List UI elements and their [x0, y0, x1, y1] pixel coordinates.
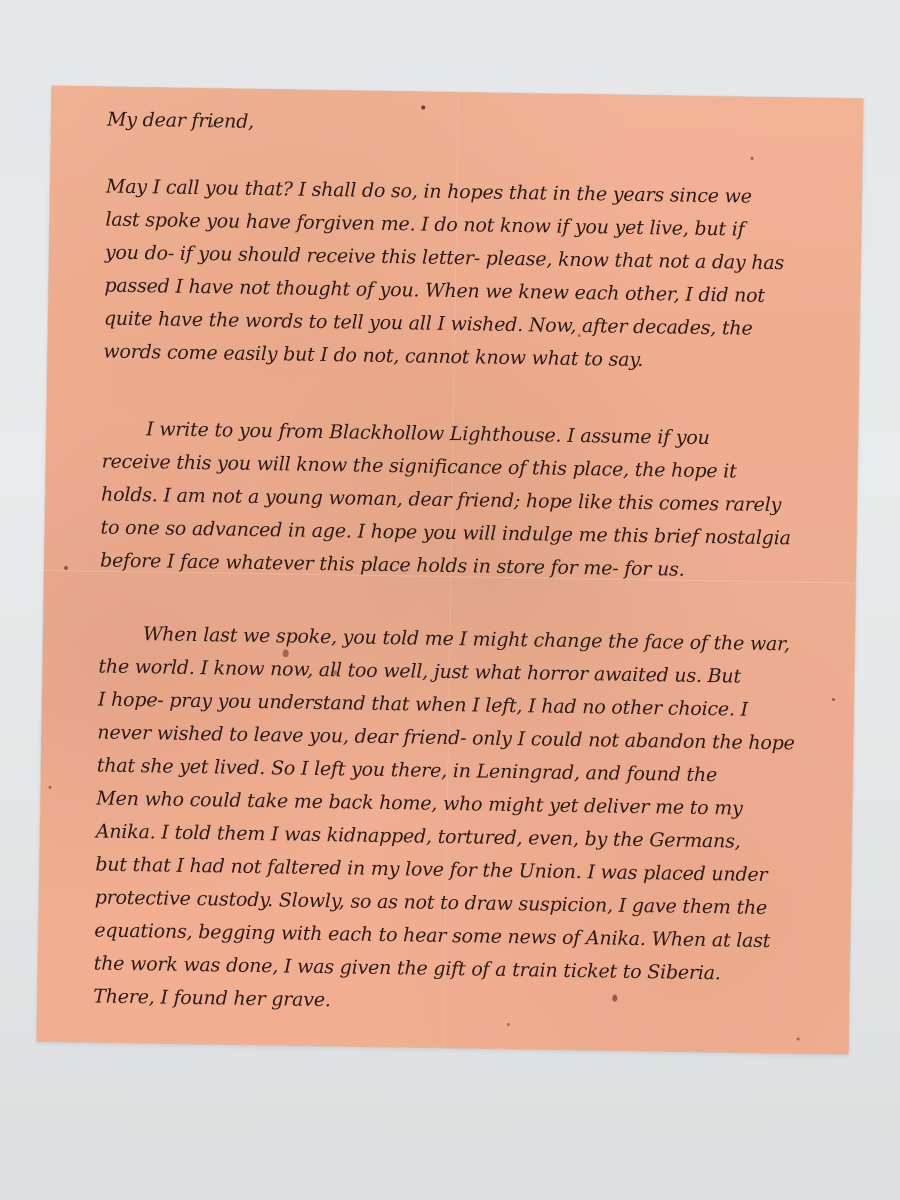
letter-salutation: My dear friend,	[107, 105, 827, 146]
letter-paper: My dear friend, May I call you that? I s…	[37, 86, 864, 1055]
ink-speck	[832, 698, 835, 701]
letter-body: My dear friend, May I call you that? I s…	[93, 105, 827, 1025]
ink-speck	[64, 566, 68, 570]
paragraph-2: I write to you from Blackhollow Lighthou…	[100, 413, 823, 589]
ink-speck	[49, 786, 52, 789]
paragraph-3: When last we spoke, you told me I might …	[93, 617, 819, 1024]
ink-speck	[797, 1038, 800, 1041]
ink-speck	[507, 1023, 510, 1026]
paragraph-1: May I call you that? I shall do so, in h…	[103, 171, 826, 380]
